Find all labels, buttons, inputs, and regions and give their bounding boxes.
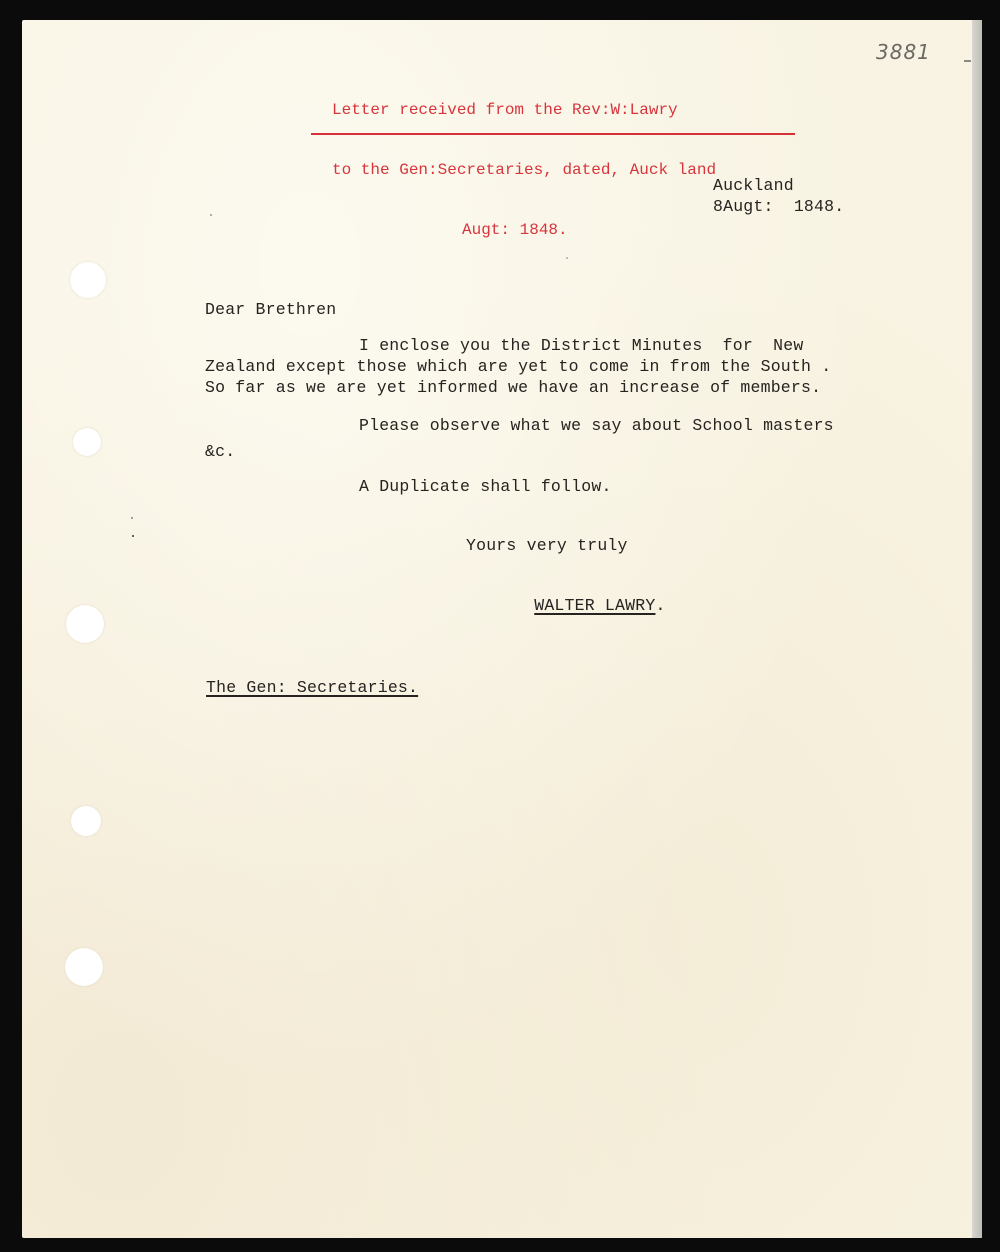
header-line-1: Letter received from the Rev:W:Lawry [332, 100, 802, 120]
signature: WALTER LAWRY [534, 596, 655, 615]
paper-speck [132, 535, 134, 537]
body-line: A Duplicate shall follow. [359, 476, 612, 497]
paper-edge-shadow [972, 20, 982, 1238]
archive-dash [964, 60, 971, 62]
body-line: Zealand except those which are yet to co… [205, 356, 831, 377]
body-line: &c. [205, 441, 235, 462]
punch-hole [65, 948, 103, 986]
salutation: Dear Brethren [205, 299, 336, 320]
signature-period: . [655, 596, 665, 615]
punch-hole [66, 605, 104, 643]
closing: Yours very truly [466, 535, 628, 556]
header-line-3: Augt: 1848. [332, 220, 802, 240]
body-line: So far as we are yet informed we have an… [205, 377, 821, 398]
punch-hole [73, 428, 101, 456]
place: Auckland [713, 175, 794, 196]
body-line: I enclose you the District Minutes for N… [359, 335, 803, 356]
paper-speck [210, 214, 212, 216]
addressee: The Gen: Secretaries. [206, 677, 418, 698]
punch-hole [70, 262, 106, 298]
body-line: Please observe what we say about School … [359, 415, 834, 436]
signature-block: WALTER LAWRY. [514, 574, 666, 616]
archive-number: 3881 [876, 40, 931, 64]
date: 8Augt: 1848. [713, 196, 844, 217]
archival-header: Letter received from the Rev:W:Lawry to … [332, 60, 802, 260]
punch-hole [71, 806, 101, 836]
paper-speck [131, 517, 133, 519]
header-rule [311, 133, 795, 135]
